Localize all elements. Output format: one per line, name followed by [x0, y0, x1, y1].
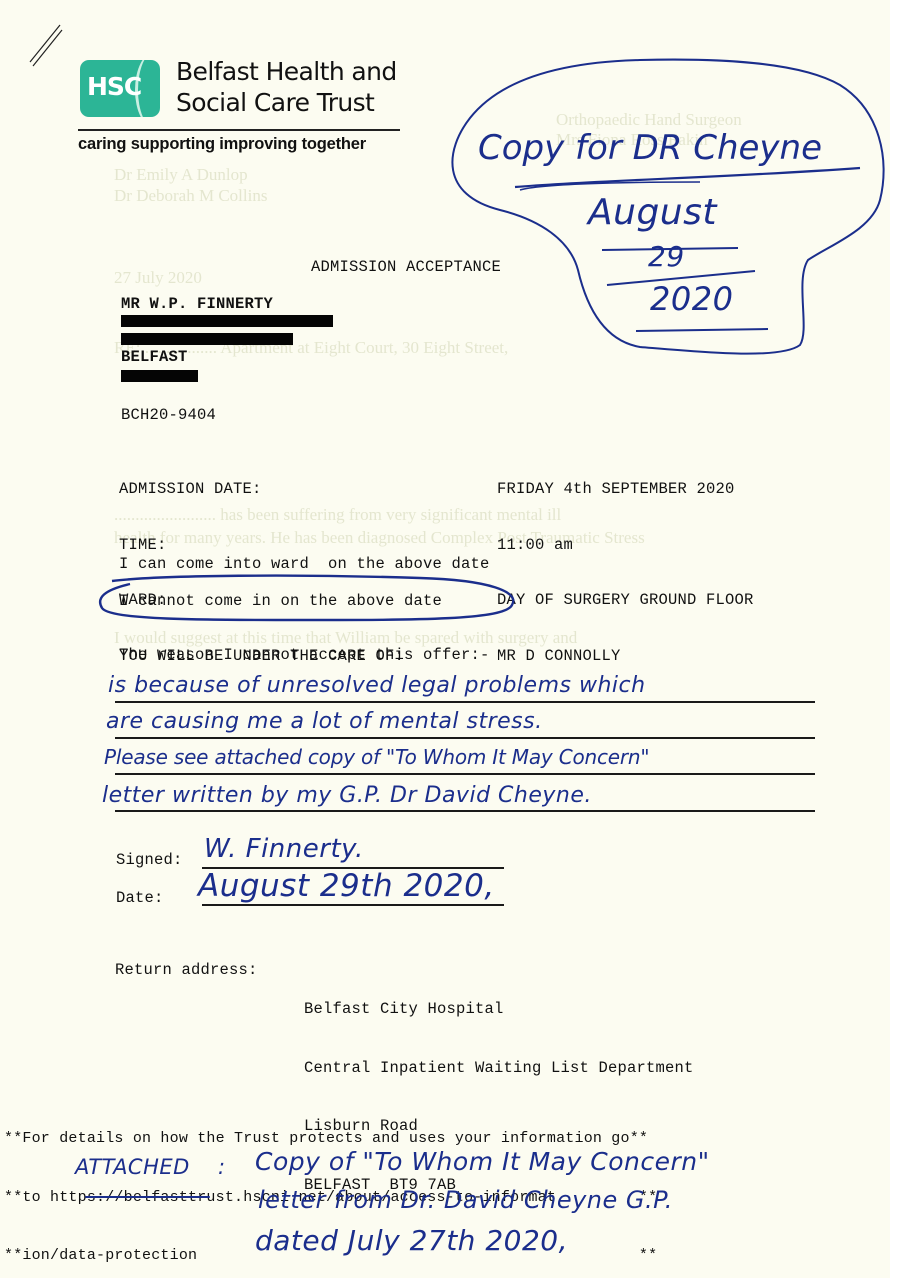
attached-underline [85, 1196, 210, 1198]
organisation-name: Belfast Health and Social Care Trust [176, 56, 397, 118]
attached-label: ATTACHED [75, 1155, 190, 1179]
reason-line-3 [115, 773, 815, 775]
organisation-name-line1: Belfast Health and [176, 56, 397, 87]
return-address-label: Return address: [115, 961, 258, 979]
attached-line-2: letter from Dr. David Cheyne G.P. [258, 1186, 673, 1214]
date-value: August 29th 2020, [198, 868, 495, 904]
attached-line-1: Copy of "To Whom It May Concern" [255, 1147, 710, 1176]
patient-city: BELFAST [121, 348, 188, 366]
attached-line-3: dated July 27th 2020, [255, 1224, 568, 1257]
annotation-year: 2020 [650, 280, 733, 318]
organisation-name-line2: Social Care Trust [176, 87, 397, 118]
reason-handwritten-1: is because of unresolved legal problems … [108, 673, 646, 698]
redacted-address-line-2 [121, 333, 293, 345]
redacted-postcode [121, 370, 198, 382]
tagline: caring supporting improving together [78, 135, 366, 154]
reason-handwritten-4: letter written by my G.P. Dr David Cheyn… [102, 783, 592, 808]
page-edge [890, 0, 900, 1278]
privacy-notice-line: **For details on how the Trust protects … [4, 1129, 657, 1149]
date-line [202, 904, 504, 906]
reason-handwritten-2: are causing me a lot of mental stress. [106, 709, 543, 734]
detail-value-time: 11:00 am [497, 536, 754, 555]
annotation-month: August [588, 192, 717, 233]
detail-value-consultant: MR D CONNOLLY [497, 647, 754, 666]
attached-colon: : [218, 1155, 226, 1179]
date-label: Date: [116, 889, 164, 907]
option-can-attend[interactable]: I can come into ward on the above date [119, 555, 490, 573]
annotation-copy-for: Copy for DR Cheyne [478, 128, 822, 168]
patient-name: MR W.P. FINNERTY [121, 295, 273, 313]
annotation-day: 29 [648, 240, 685, 273]
details-values: FRIDAY 4th SEPTEMBER 2020 11:00 am DAY O… [497, 443, 754, 684]
detail-value-admission-date: FRIDAY 4th SEPTEMBER 2020 [497, 480, 754, 499]
form-title: ADMISSION ACCEPTANCE [311, 258, 501, 276]
reason-line-2 [115, 737, 815, 739]
signature: W. Finnerty. [204, 834, 364, 864]
detail-value-ward: DAY OF SURGERY GROUND FLOOR [497, 591, 754, 610]
detail-label-admission-date: ADMISSION DATE: [119, 480, 404, 499]
redacted-address-line-1 [121, 315, 333, 327]
reason-handwritten-3: Please see attached copy of "To Whom It … [104, 745, 649, 769]
detail-label-time: TIME: [119, 536, 404, 555]
logo-text: HSC [87, 72, 141, 101]
bleed-through-text: Dr Emily A Dunlop [114, 165, 248, 185]
option-cannot-attend[interactable]: I cannot come in on the above date [119, 592, 442, 610]
hsc-logo: HSC [80, 60, 160, 117]
reason-line-1 [115, 701, 815, 703]
letterhead-divider [78, 129, 400, 131]
signed-label: Signed: [116, 851, 183, 869]
bleed-through-text: Dr Deborah M Collins [114, 186, 267, 206]
bleed-through-text: 27 July 2020 [114, 268, 202, 288]
reason-label: The reason I cannot accept this offer:- [119, 646, 490, 664]
return-address-line: Belfast City Hospital [304, 1000, 694, 1020]
reference-number: BCH20-9404 [121, 406, 216, 424]
bleed-through-text: Orthopaedic Hand Surgeon [556, 110, 742, 130]
reason-line-4 [115, 810, 815, 812]
pen-mark [28, 22, 68, 72]
return-address-line: Central Inpatient Waiting List Departmen… [304, 1059, 694, 1079]
